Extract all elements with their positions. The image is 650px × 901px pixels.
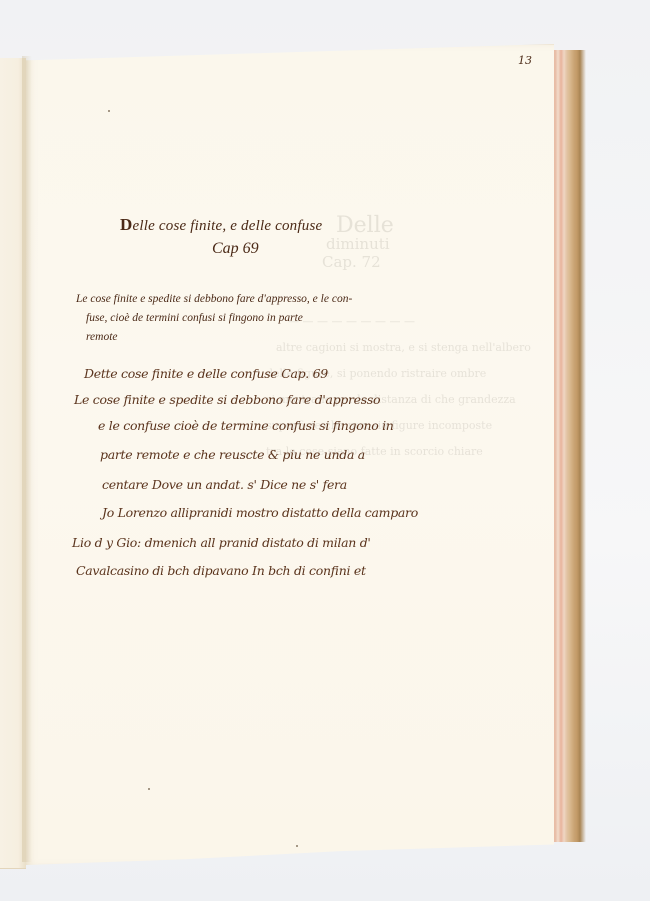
show-through-text: diminuti [326, 235, 390, 253]
handwritten-line: Cavalcasino di bch dipavano In bch di co… [76, 563, 366, 578]
paper-speck [296, 845, 298, 847]
handwritten-line: Lio d y Gio: dmenich all pranid distato … [72, 535, 371, 550]
manuscript-page: Delle diminuti Cap. 72 — — — — — — — — —… [26, 44, 554, 865]
handwritten-line: Le cose finite e spedite si debbono fare… [74, 392, 380, 407]
handwritten-line: Dette cose finite e delle confuse Cap. 6… [84, 366, 328, 381]
paragraph-line: fuse, cioè de termini confusi si fingono… [76, 309, 466, 328]
chapter-number: Cap 69 [212, 240, 259, 258]
handwritten-line: Jo Lorenzo allipranidi mostro distatto d… [102, 505, 418, 520]
show-through-text: Cap. 72 [322, 253, 381, 271]
paper-speck [148, 788, 150, 790]
decorated-initial: D [120, 215, 132, 234]
binding-gutter-shadow [22, 56, 32, 862]
paper-speck [108, 110, 110, 112]
chapter-title: Delle cose finite, e delle confuse [120, 215, 322, 235]
folio-number: 13 [518, 54, 532, 67]
paragraph-line: remote [76, 328, 466, 347]
stacked-page-edges [548, 50, 590, 842]
chapter-title-text: elle cose finite, e delle confuse [132, 218, 322, 234]
printed-paragraph: Le cose finite e spedite si debbono fare… [76, 290, 466, 347]
paragraph-line: Le cose finite e spedite si debbono fare… [76, 293, 352, 305]
handwritten-line: e le confuse cioè de termine confusi si … [98, 418, 394, 433]
handwritten-line: centare Dove un andat. s' Dice ne s' fer… [102, 477, 347, 492]
photograph-scene: Delle diminuti Cap. 72 — — — — — — — — —… [0, 0, 650, 901]
handwritten-line: parte remote e che reuscte & piu ne unda… [100, 447, 365, 462]
